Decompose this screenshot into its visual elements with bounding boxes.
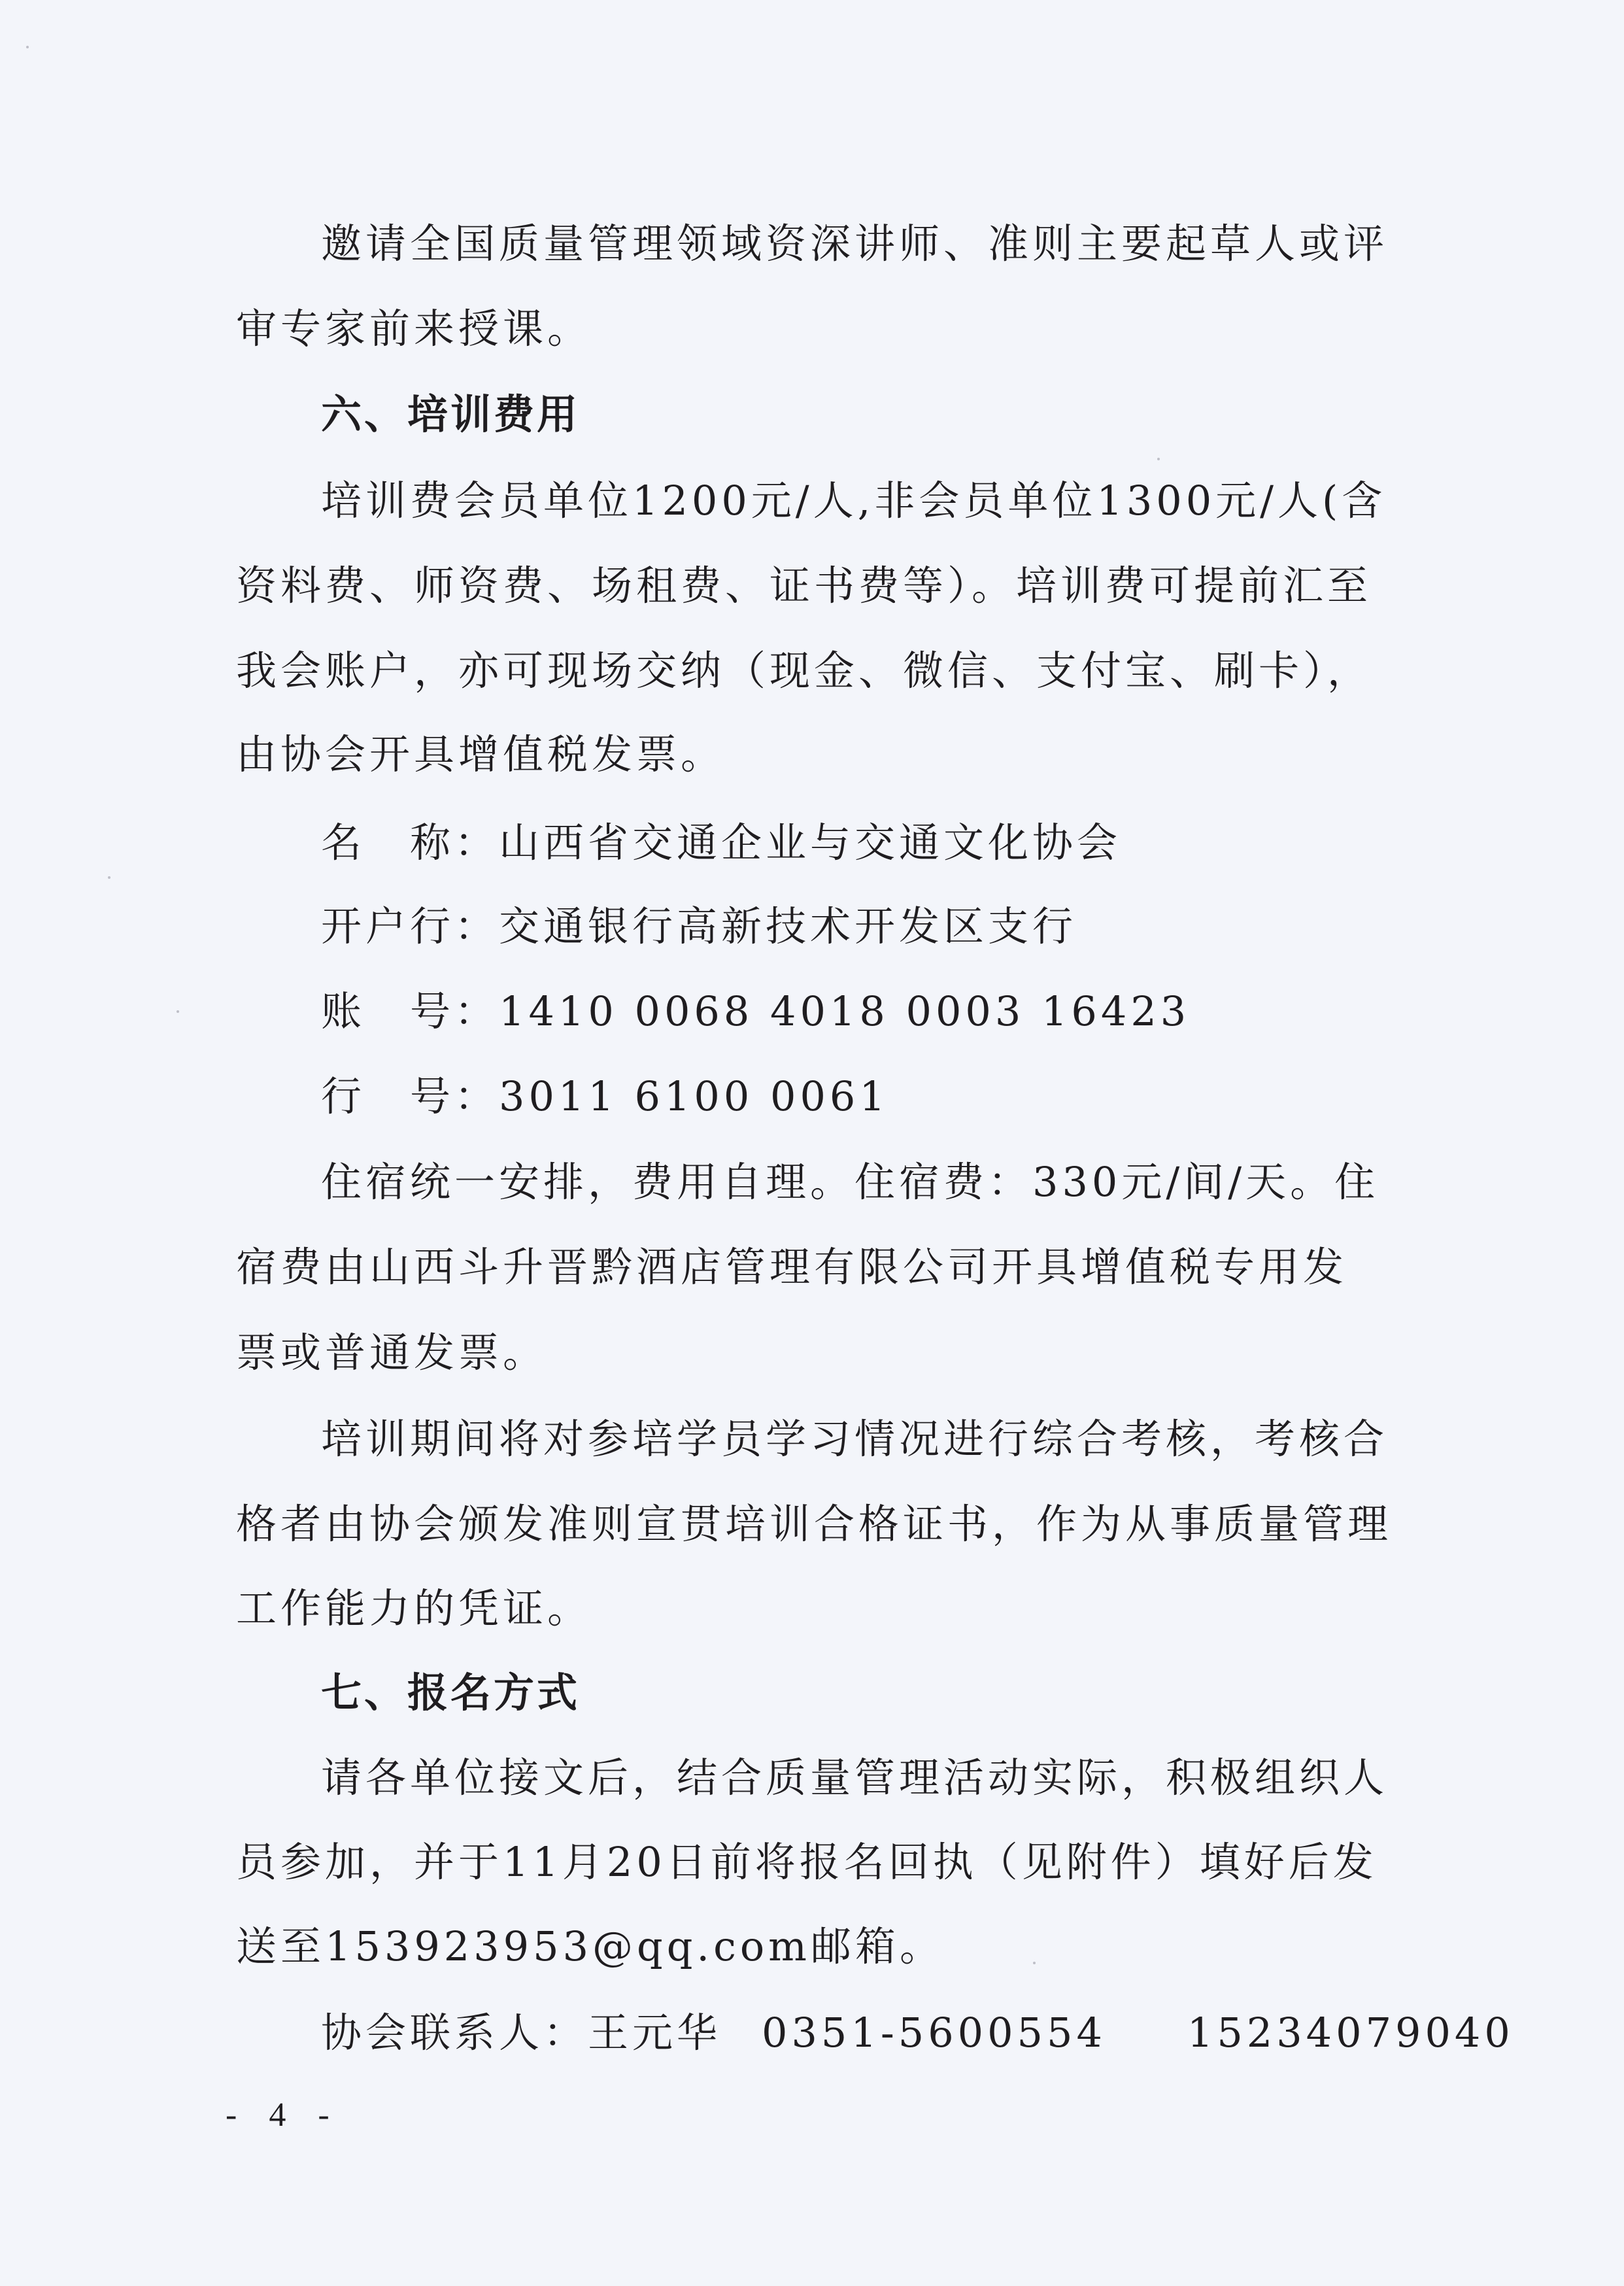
account-label: 账 号： (321, 987, 499, 1035)
scan-speck (26, 46, 29, 48)
assessment-paragraph-line: 培训期间将对参培学员学习情况进行综合考核，考核合 (321, 1416, 1357, 1463)
bank-name-value: 山西省交通企业与交通文化协会 (499, 819, 1121, 866)
lodging-paragraph-line: 票或普通发票。 (236, 1329, 1357, 1376)
contact-line: 协会联系人：王元华0351-560055415234079040 (321, 2009, 1357, 2056)
bank-code-label: 行 号： (321, 1072, 499, 1120)
scan-speck (1033, 1962, 1036, 1964)
contact-label: 协会联系人： (321, 2009, 588, 2056)
fee-paragraph-line: 由协会开具增值税发票。 (236, 731, 1357, 778)
fee-paragraph-line: 培训费会员单位1200元/人,非会员单位1300元/人(含 (321, 477, 1357, 524)
contact-mobile: 15234079040 (1187, 2009, 1514, 2056)
registration-paragraph-line: 员参加，并于11月20日前将报名回执（见附件）填好后发 (236, 1839, 1357, 1886)
bank-code-value: 3011 6100 0061 (499, 1072, 889, 1120)
assessment-paragraph-line: 格者由协会颁发准则宣贯培训合格证书，作为从事质量管理 (236, 1501, 1357, 1548)
paragraph-line: 邀请全国质量管理领域资深讲师、准则主要起草人或评 (321, 220, 1357, 267)
registration-paragraph-line: 送至153923953@qq.com邮箱。 (236, 1923, 1357, 1970)
fee-paragraph-line: 资料费、师资费、场租费、证书费等）。培训费可提前汇至 (236, 562, 1357, 609)
bank-account-name: 名 称：山西省交通企业与交通文化协会 (321, 819, 1357, 866)
paragraph-line: 审专家前来授课。 (236, 305, 1357, 352)
bank-name-label: 名 称： (321, 819, 499, 866)
lodging-paragraph-line: 住宿统一安排，费用自理。住宿费：330元/间/天。住 (321, 1159, 1357, 1206)
assessment-paragraph-line: 工作能力的凭证。 (236, 1585, 1357, 1632)
bank-branch: 开户行：交通银行高新技术开发区支行 (321, 903, 1357, 950)
lodging-paragraph-line: 宿费由山西斗升晋黔酒店管理有限公司开具增值税专用发 (236, 1244, 1357, 1291)
bank-branch-value: 交通银行高新技术开发区支行 (499, 902, 1077, 950)
account-value: 1410 0068 4018 0003 16423 (499, 987, 1190, 1035)
registration-paragraph-line: 请各单位接文后，结合质量管理活动实际，积极组织人 (321, 1754, 1357, 1801)
scan-speck (177, 1010, 179, 1013)
contact-phone: 0351-5600554 (762, 2009, 1106, 2056)
scan-speck (1157, 458, 1160, 460)
bank-code: 行 号：3011 6100 0061 (321, 1073, 1357, 1120)
scan-speck (108, 876, 110, 879)
bank-branch-label: 开户行： (321, 902, 499, 950)
section-heading-registration: 七、报名方式 (321, 1669, 1357, 1716)
page-number: - 4 - (226, 2096, 341, 2135)
contact-name: 王元华 (588, 2009, 721, 2056)
section-heading-fees: 六、培训费用 (321, 391, 1357, 438)
fee-paragraph-line: 我会账户，亦可现场交纳（现金、微信、支付宝、刷卡）， (236, 647, 1357, 694)
bank-account-number: 账 号：1410 0068 4018 0003 16423 (321, 988, 1357, 1035)
document-page: 邀请全国质量管理领域资深讲师、准则主要起草人或评 审专家前来授课。 六、培训费用… (0, 0, 1624, 2286)
